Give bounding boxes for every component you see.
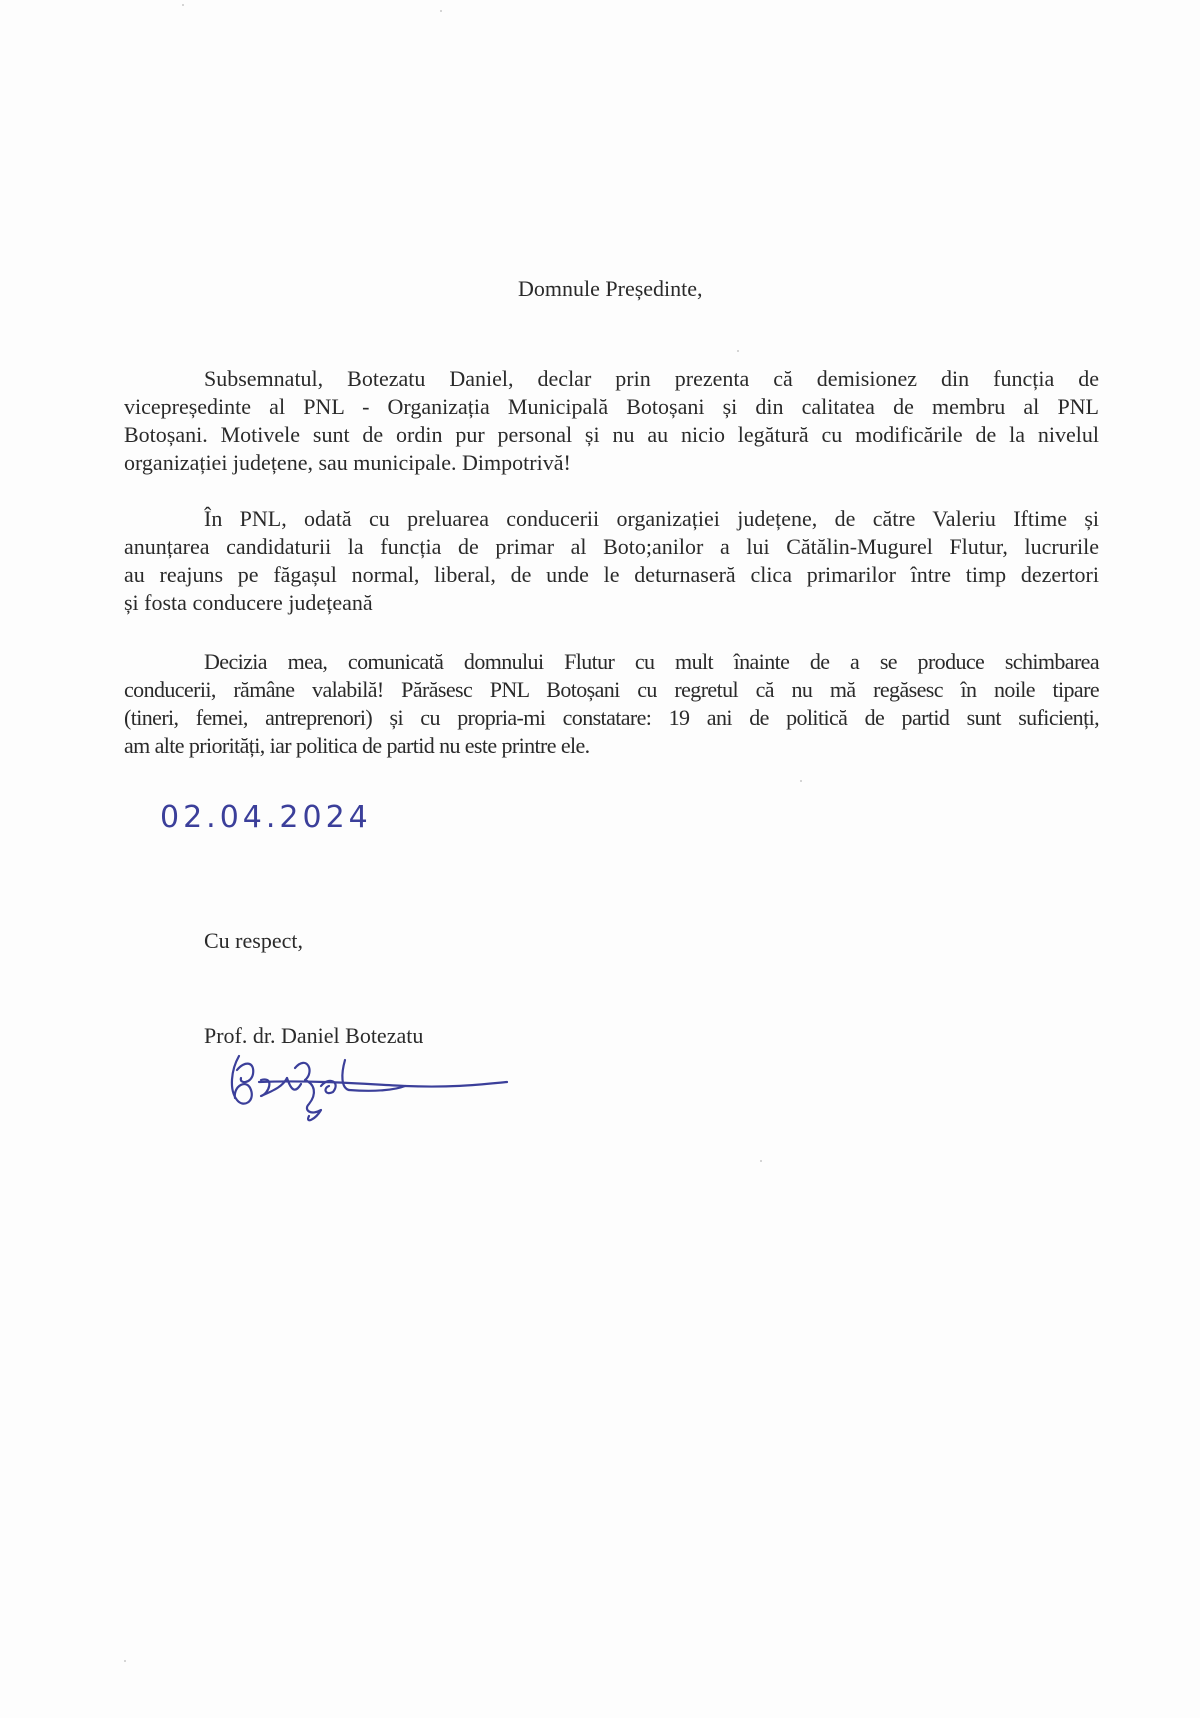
paragraph-3-line-1: Decizia mea, comunicată domnului Flutur …: [204, 651, 1099, 673]
paragraph-2-line-4: și fosta conducere județeană: [124, 592, 373, 614]
paragraph-3-line-2: conducerii, rămâne valabilă! Părăsesc PN…: [124, 679, 1099, 701]
handwritten-date: 02.04.2024: [160, 800, 372, 835]
paragraph-1-line-2: vicepreședinte al PNL - Organizația Muni…: [124, 396, 1099, 418]
signature-icon: [225, 1050, 510, 1130]
paragraph-2-line-3: au reajuns pe făgașul normal, liberal, d…: [124, 564, 1099, 586]
paragraph-1-line-1: Subsemnatul, Botezatu Daniel, declar pri…: [204, 368, 1099, 390]
signatory-name: Prof. dr. Daniel Botezatu: [204, 1025, 423, 1047]
paragraph-2-line-2: anunțarea candidaturii la funcția de pri…: [124, 536, 1099, 558]
scan-speck: [737, 350, 739, 352]
closing: Cu respect,: [204, 930, 303, 952]
paragraph-1-line-4: organizației județene, sau municipale. D…: [124, 452, 571, 474]
salutation: Domnule Președinte,: [518, 278, 703, 300]
paragraph-3-line-3: (tineri, femei, antreprenori) și cu prop…: [124, 707, 1099, 729]
paragraph-1-line-3: Botoșani. Motivele sunt de ordin pur per…: [124, 424, 1099, 446]
scan-speck: [124, 1660, 126, 1662]
letter-page: Domnule Președinte, Subsemnatul, Botezat…: [0, 0, 1200, 1718]
scan-speck: [440, 10, 442, 12]
paragraph-3-line-4: am alte priorități, iar politica de part…: [124, 735, 590, 757]
paragraph-2-line-1: În PNL, odată cu preluarea conducerii or…: [204, 508, 1099, 530]
scan-speck: [760, 1160, 762, 1162]
scan-speck: [182, 4, 184, 6]
scan-speck: [800, 780, 802, 782]
